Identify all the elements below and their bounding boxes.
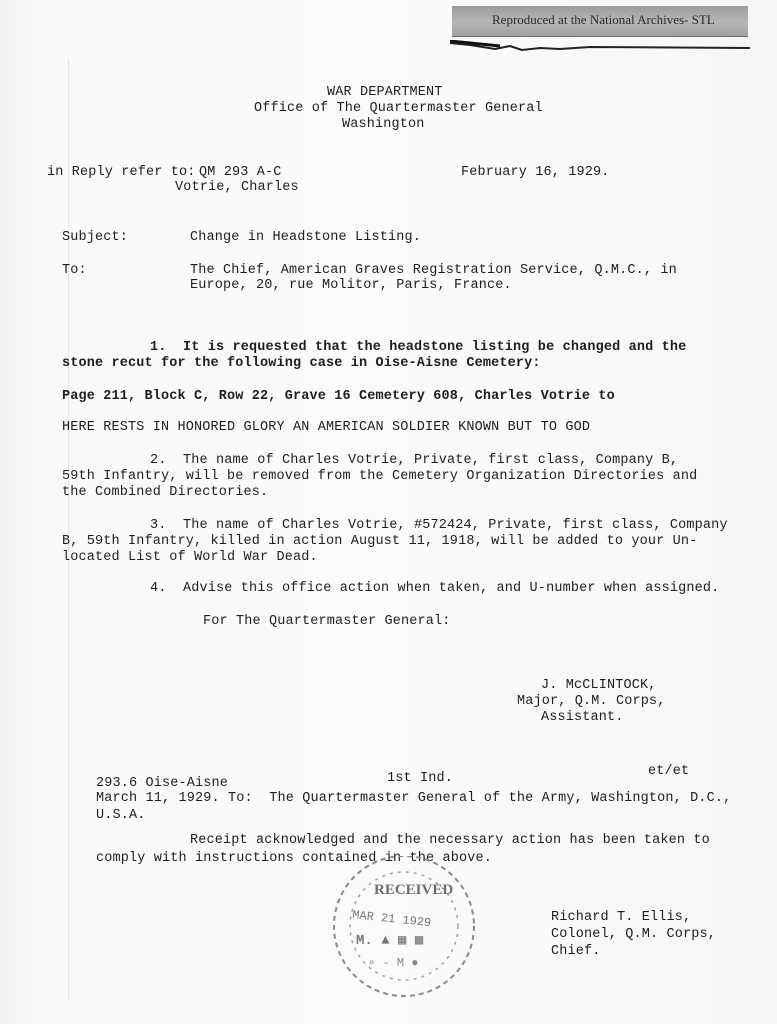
endorsement-file: 293.6 Oise-Aisne (96, 776, 228, 792)
to-line-1: The Chief, American Graves Registration … (190, 263, 677, 279)
paragraph-3-line-3: located List of World War Dead. (62, 550, 318, 566)
endorsement-line-2: U.S.A. (96, 808, 146, 824)
scan-artifact-line (68, 60, 70, 1000)
received-stamp: RECEIVED MAR 21 1929 M. ▲ ▦ ▩ ∘ - M ● (316, 856, 492, 1006)
letterhead-office: Office of The Quartermaster General (254, 101, 543, 117)
endorsement-initials: et/et (648, 764, 689, 780)
signer-1-rank: Major, Q.M. Corps, (517, 694, 666, 710)
document-page: Reproduced at the National Archives- STL… (0, 0, 777, 1024)
reference-name: Votrie, Charles (175, 180, 299, 196)
to-label: To: (62, 263, 87, 279)
letterhead-department: WAR DEPARTMENT (327, 85, 443, 101)
reference-date: February 16, 1929. (461, 165, 610, 181)
archive-stamp-text: Reproduced at the National Archives- STL (492, 12, 715, 28)
signer-2-title: Chief. (551, 944, 601, 960)
endorsement-line-1: March 11, 1929. To: The Quartermaster Ge… (96, 791, 731, 807)
signer-1-title: Assistant. (541, 710, 624, 726)
endorsement-body-line-1: Receipt acknowledged and the necessary a… (190, 833, 710, 849)
svg-text:∘ - M ●: ∘ - M ● (368, 956, 418, 970)
torn-edge (450, 40, 750, 52)
paragraph-3-line-1: 3. The name of Charles Votrie, #572424, … (150, 518, 728, 534)
subject-label: Subject: (62, 230, 128, 246)
paragraph-1-line-1: 1. It is requested that the headstone li… (150, 340, 686, 356)
headstone-inscription: HERE RESTS IN HONORED GLORY AN AMERICAN … (62, 420, 590, 436)
closing-line: For The Quartermaster General: (203, 614, 451, 630)
paragraph-2-line-1: 2. The name of Charles Votrie, Private, … (150, 453, 678, 469)
to-line-2: Europe, 20, rue Molitor, Paris, France. (190, 278, 512, 294)
archive-stamp: Reproduced at the National Archives- STL (452, 6, 748, 37)
signer-1-name: J. McCLINTOCK, (541, 678, 657, 694)
signer-2-name: Richard T. Ellis, (551, 910, 691, 926)
signer-2-rank: Colonel, Q.M. Corps, (551, 927, 716, 943)
svg-text:RECEIVED: RECEIVED (374, 882, 453, 898)
svg-text:M. ▲ ▦ ▩: M. ▲ ▦ ▩ (356, 933, 424, 949)
paragraph-4-line-1: 4. Advise this office action when taken,… (150, 581, 719, 597)
paragraph-2-line-2: 59th Infantry, will be removed from the … (62, 469, 697, 485)
reference-code: QM 293 A-C (199, 165, 282, 181)
grave-location: Page 211, Block C, Row 22, Grave 16 Ceme… (62, 389, 615, 405)
paragraph-2-line-3: the Combined Directories. (62, 485, 268, 501)
svg-text:MAR 21 1929: MAR 21 1929 (352, 908, 432, 930)
subject-value: Change in Headstone Listing. (190, 230, 421, 246)
endorsement-indorsement: 1st Ind. (387, 771, 453, 787)
paragraph-1-line-2: stone recut for the following case in Oi… (62, 356, 541, 372)
reference-label: in Reply refer to: (47, 165, 196, 181)
letterhead-city: Washington (342, 117, 425, 133)
paragraph-3-line-2: B, 59th Infantry, killed in action Augus… (62, 534, 697, 550)
